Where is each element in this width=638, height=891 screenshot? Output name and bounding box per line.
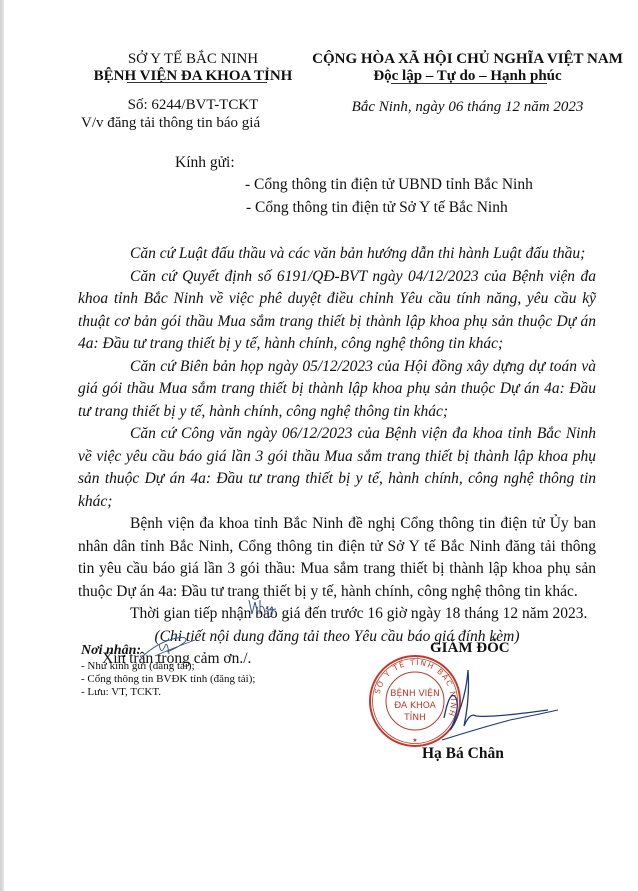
addressee-item: - Cổng thông tin điện tử Sở Y tế Bắc Nin… [246,199,508,217]
motto-underline [391,83,547,84]
page-edge-shadow [0,0,4,891]
recipient-item: - Lưu: VT, TCKT. [81,686,161,698]
organization-underline [127,82,267,83]
svg-text:★: ★ [412,737,417,744]
issuing-authority: SỞ Y TẾ BẮC NINH BỆNH VIỆN ĐA KHOA TỈNH [68,51,318,85]
national-title: CỘNG HÒA XÃ HỘI CHỦ NGHĨA VIỆT NAM [305,51,630,68]
initials-signature [246,596,278,618]
document-subject: V/v đăng tải thông tin báo giá [81,115,260,132]
deadline-paragraph: Thời gian tiếp nhận báo giá đến trước 16… [78,603,596,626]
stamp-line: ĐA KHOA [394,701,436,711]
department-name: SỞ Y TẾ BẮC NINH [68,51,318,68]
addressee-item: - Cổng thông tin điện tử UBND tỉnh Bắc N… [245,176,533,194]
document-number: Số: 6244/BVT-TCKT [68,97,318,114]
director-signature [440,668,560,748]
recipient-item: - Như kính gửi (đăng tải); [81,660,195,672]
body-paragraph: Căn cứ Công văn ngày 06/12/2023 của Bệnh… [78,423,596,513]
recipient-item: - Cổng thông tin BVĐK tỉnh (đăng tải); [81,673,255,685]
signer-name: Hạ Bá Chân [422,745,504,763]
body-paragraph: Căn cứ Luật đấu thầu và các văn bản hướn… [78,243,596,266]
addressee-label: Kính gửi: [175,154,235,172]
stamp-line: TỈNH [403,711,426,723]
place-date: Bắc Ninh, ngày 06 tháng 12 năm 2023 [305,99,630,116]
body-paragraph: Bệnh viện đa khoa tỉnh Bắc Ninh đề nghị … [78,513,596,603]
body-paragraph: Căn cứ Biên bản họp ngày 05/12/2023 của … [78,356,596,424]
body-paragraph: Căn cứ Quyết định số 6191/QĐ-BVT ngày 04… [78,266,596,356]
recipients-initial-signature [137,634,197,662]
recipients-title: Nơi nhận: [81,643,141,659]
national-heading: CỘNG HÒA XÃ HỘI CHỦ NGHĨA VIỆT NAM Độc l… [305,51,630,85]
document-body: Căn cứ Luật đấu thầu và các văn bản hướn… [78,243,596,671]
stamp-line: BỆNH VIỆN [390,687,439,699]
